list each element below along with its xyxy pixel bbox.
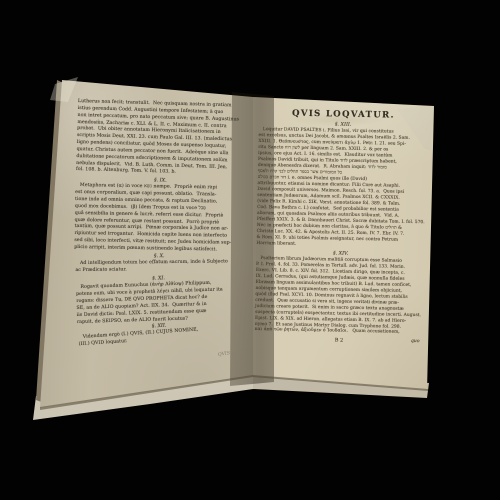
- running-title: QVIS LOQVATUR.: [259, 108, 428, 121]
- section-xi: §. XI. Rogavit quondam Eunuchus (ἀνὴρ Αἰ…: [76, 272, 243, 326]
- right-page-catchword: quo: [411, 339, 420, 344]
- section-ix: §. IX. Metaphora est (α) in voce נשא nem…: [74, 176, 245, 255]
- left-page-text: Lutherus non fecit; transtulit. Nec quis…: [71, 99, 248, 354]
- right-page-text: QVIS LOQVATUR. §. XIII. Loquitur DAVID P…: [254, 108, 427, 346]
- section-x: §. X. Ad intelligendum totum hoc effatum…: [75, 253, 243, 276]
- photograph-of-open-book: Lutherus non fecit; transtulit. Nec quis…: [0, 0, 500, 500]
- text-line: καὶ ἀπὸ τῶν ῥητῶν, ἀξιοῦμεν ὁ Ἰουδαῖοι. …: [255, 327, 424, 336]
- continuation-paragraph: Lutherus non fecit; transtulit. Nec quis…: [76, 99, 248, 179]
- section-xiii-body: Loquitur DAVID PSALTES i. Filius Isai, v…: [256, 127, 427, 249]
- section-xiv-body: Psalterium librum Judæorum malitiâ corru…: [255, 256, 425, 337]
- signature-mark: B 2: [335, 338, 344, 344]
- section-ix-body: Metaphora est (α) in voce נשא nempe. Pro…: [74, 184, 245, 255]
